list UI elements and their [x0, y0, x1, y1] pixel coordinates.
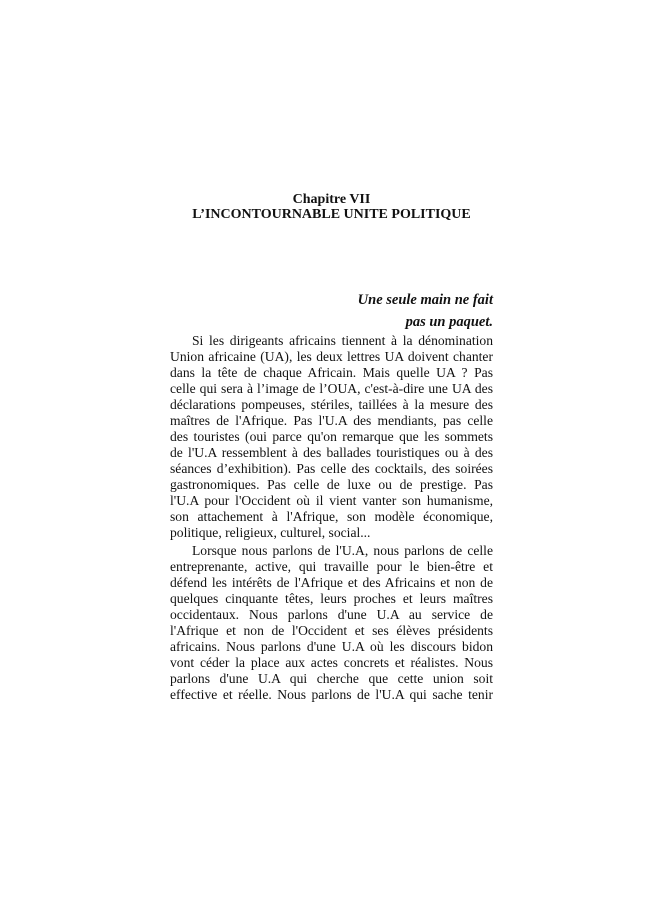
text-line: quelques cinquante têtes, leurs proches …	[170, 591, 493, 607]
body-text: Si les dirigeants africains tiennent à l…	[170, 333, 493, 703]
text-line: déclarations pompeuses, stériles, taillé…	[170, 397, 493, 413]
text-line: parlons d'une U.A qui cherche que cette …	[170, 671, 493, 687]
chapter-title: L’INCONTOURNABLE UNITE POLITIQUE	[170, 207, 493, 222]
book-page: Chapitre VII L’INCONTOURNABLE UNITE POLI…	[0, 0, 650, 920]
text-line: Union africaine (UA), les deux lettres U…	[170, 349, 493, 365]
text-line: celle qui sera à l’image de l’OUA, c'est…	[170, 381, 493, 397]
text-line: dans la tête de chaque Africain. Mais qu…	[170, 365, 493, 381]
text-line: maîtres de l'Afrique. Pas l'U.A des mend…	[170, 413, 493, 429]
text-line: des touristes (oui parce qu'on remarque …	[170, 429, 493, 445]
text-line: africains. Nous parlons d'une U.A où les…	[170, 639, 493, 655]
text-line: effective et réelle. Nous parlons de l'U…	[170, 687, 493, 703]
text-line: l'U.A pour l'Occident où il vient vanter…	[170, 493, 493, 509]
text-line: entreprenante, active, qui travaille pou…	[170, 559, 493, 575]
text-line: son attachement à l'Afrique, son modèle …	[170, 509, 493, 525]
text-line: Si les dirigeants africains tiennent à l…	[170, 333, 493, 349]
paragraph: Lorsque nous parlons de l'U.A, nous parl…	[170, 543, 493, 703]
text-line: défend les intérêts de l'Afrique et des …	[170, 575, 493, 591]
text-line: séances d’exhibition). Pas celle des coc…	[170, 461, 493, 477]
text-line: gastronomiques. Pas celle de luxe ou de …	[170, 477, 493, 493]
text-line: politique, religieux, culturel, social..…	[170, 525, 493, 541]
epigraph-line: Une seule main ne fait	[170, 289, 493, 311]
text-block: Chapitre VII L’INCONTOURNABLE UNITE POLI…	[170, 0, 493, 703]
paragraph: Si les dirigeants africains tiennent à l…	[170, 333, 493, 541]
text-line: Lorsque nous parlons de l'U.A, nous parl…	[170, 543, 493, 559]
chapter-label: Chapitre VII	[170, 192, 493, 207]
text-line: de l'U.A ressemblent à des ballades tour…	[170, 445, 493, 461]
text-line: l'Afrique et non de l'Occident et ses él…	[170, 623, 493, 639]
epigraph-line: pas un paquet.	[170, 311, 493, 333]
text-line: occidentaux. Nous parlons d'une U.A au s…	[170, 607, 493, 623]
epigraph: Une seule main ne faitpas un paquet.	[170, 289, 493, 333]
text-line: vont céder la place aux actes concrets e…	[170, 655, 493, 671]
